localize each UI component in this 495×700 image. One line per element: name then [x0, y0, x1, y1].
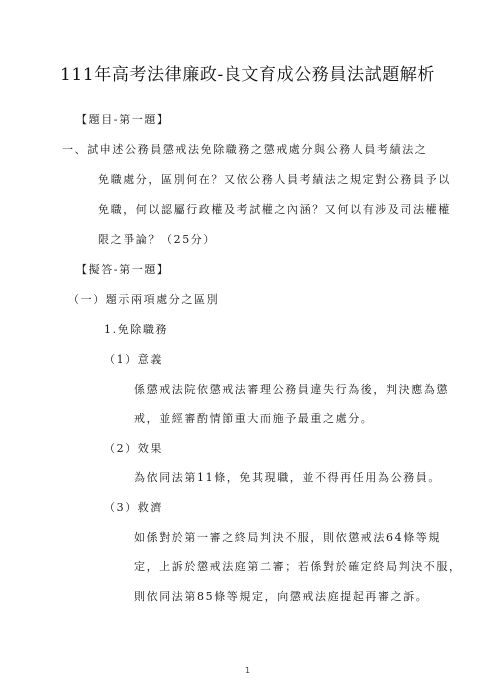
- question-line: 限之爭論？（25分）: [98, 233, 216, 247]
- item-body-line: 定，上訴於懲戒法庭第二審；若係對於確定終局判決不服，: [134, 560, 462, 574]
- item-heading: （3）救濟: [104, 501, 163, 515]
- subsection-heading: 1.免除職務: [104, 323, 168, 337]
- item-body-line: 為依同法第11條，免其現職，並不得再任用為公務員。: [134, 471, 441, 485]
- item-body-line: 係懲戒法院依懲戒法審理公務員違失行為後，判決應為懲: [134, 383, 449, 397]
- document-title: 111年高考法律廉政-良文育成公務員法試題解析: [0, 64, 495, 86]
- page-number: 1: [0, 666, 495, 675]
- item-heading: （1）意義: [104, 353, 163, 367]
- item-body-line: 戒，並經審酌情節重大而施予最重之處分。: [134, 412, 373, 426]
- question-header: 【題目-第一題】: [76, 113, 170, 127]
- item-body-line: 則依同法第85條等規定，向懲戒法庭提起再審之訴。: [134, 590, 428, 604]
- item-heading: （2）效果: [104, 442, 163, 456]
- answer-header: 【擬答-第一題】: [76, 263, 170, 277]
- question-line: 免職處分，區別何在？又依公務人員考績法之規定對公務員予以: [98, 173, 451, 187]
- question-line: 免職，何以認屬行政權及考試權之內涵？又何以有涉及司法權權: [98, 203, 451, 217]
- question-line: 一、試申述公務員懲戒法免除職務之懲戒處分與公務人員考績法之: [62, 143, 427, 157]
- section-heading: （一）題示兩項處分之區別: [68, 293, 219, 307]
- item-body-line: 如係對於第一審之終局判決不服，則依懲戒法64條等規: [134, 531, 441, 545]
